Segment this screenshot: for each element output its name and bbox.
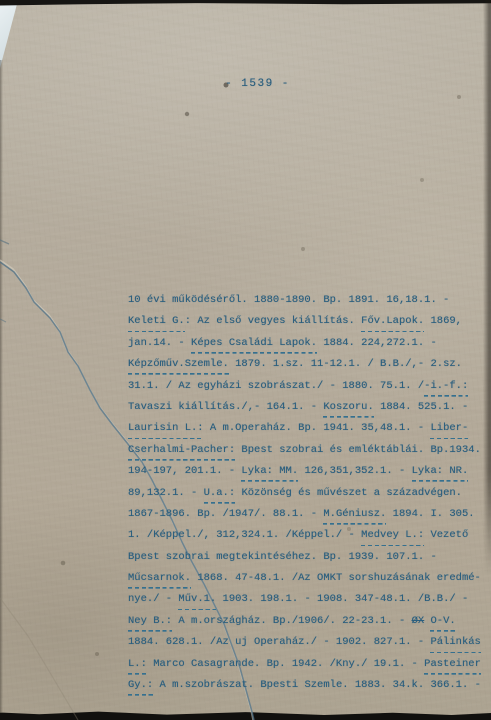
text-line: Bpest szobrai megtekintéséhez. Bp. 1939.… bbox=[128, 547, 488, 568]
text-segment: 1884. 525.1. - bbox=[374, 401, 469, 413]
text-line: Műcsarnok. 1868. 47-48.1. /Az OMKT sorsh… bbox=[128, 568, 488, 589]
text-line: Keleti G.: Az első vegyes kiállítás. Főv… bbox=[128, 311, 488, 332]
struck-segment: ØX bbox=[412, 615, 425, 627]
text-segment: 1. /Képpel./, 312,324.1. /Képpel./ - bbox=[128, 529, 361, 541]
underlined-segment: Pálinkás bbox=[430, 636, 480, 653]
underlined-segment: -i.-f.: bbox=[424, 380, 468, 397]
text-line: 194-197, 201.1. - Lyka: MM. 126,351,352.… bbox=[128, 461, 488, 482]
text-line: 89,132.1. - U.a.: Közönség és művészet a… bbox=[128, 483, 488, 504]
underlined-segment: Medvey L.: bbox=[361, 529, 424, 546]
text-segment: A m.Operaház. Bp. 1941. 35,48.1. - bbox=[204, 422, 431, 434]
underlined-segment: O-V. bbox=[430, 615, 455, 632]
scanner-background-wedge bbox=[0, 4, 17, 68]
text-segment: Közönség és művészet a századvégen. bbox=[235, 487, 462, 499]
text-segment: 194-197, 201.1. - bbox=[128, 465, 241, 477]
text-segment: A m.országház. Bp./1906/. 22-23.1. - bbox=[172, 615, 411, 627]
text-segment: 1868. 47-48.1. /Az OMKT sorshuzásának er… bbox=[191, 572, 481, 584]
text-segment: : Az első vegyes kiállítás. bbox=[185, 315, 361, 327]
text-line: L.: Marco Casagrande. Bp. 1942. /Kny./ 1… bbox=[128, 654, 488, 675]
underlined-segment: Cserhalmi-Pacher: bbox=[128, 444, 235, 461]
underlined-segment: Koszoru. bbox=[323, 401, 373, 418]
text-line: Cserhalmi-Pacher: Bpest szobrai és emlék… bbox=[128, 440, 488, 461]
text-segment: Tavaszi kiállítás./,- 164.1. - bbox=[128, 401, 323, 413]
text-line: 10 évi működéséről. 1880-1890. Bp. 1891.… bbox=[128, 290, 488, 311]
text-line: Gy.: A m.szobrászat. Bpesti Szemle. 1883… bbox=[128, 675, 488, 696]
text-segment: jan.14. - bbox=[128, 337, 191, 349]
dirt-specks bbox=[0, 0, 2, 2]
underlined-segment: Képes Családi Lapok. bbox=[191, 337, 317, 354]
text-line: Képzőműv.Szemle. 1879. 1.sz. 11-12.1. / … bbox=[128, 354, 488, 375]
text-line: jan.14. - Képes Családi Lapok. 1884. 224… bbox=[128, 333, 488, 354]
underlined-segment: L.: bbox=[128, 658, 147, 675]
text-segment: 1869, bbox=[424, 315, 462, 327]
page-number: - 1539 - bbox=[12, 78, 491, 90]
scanned-page: - 1539 - 10 évi működéséről. 1880-1890. … bbox=[0, 0, 491, 720]
text-segment: Marco Casagrande. Bp. 1942. /Kny./ 19.1.… bbox=[147, 658, 424, 670]
underlined-segment: Képzőműv.Szemle. bbox=[128, 358, 229, 375]
text-line: Ney B.: A m.országház. Bp./1906/. 22-23.… bbox=[128, 611, 488, 632]
underlined-segment: Műcsarnok. bbox=[128, 572, 191, 589]
typewritten-text-block: 10 évi működéséről. 1880-1890. Bp. 1891.… bbox=[128, 290, 488, 696]
text-line: Tavaszi kiállítás./,- 164.1. - Koszoru. … bbox=[128, 397, 488, 418]
text-line: 1. /Képpel./, 312,324.1. /Képpel./ - Med… bbox=[128, 525, 488, 546]
text-segment: 1884. 224,272.1. - bbox=[317, 337, 437, 349]
underlined-segment: Lyka: MM. bbox=[241, 465, 298, 482]
underlined-segment: Lyka: NR. bbox=[412, 465, 469, 482]
text-segment: nye./ - bbox=[128, 593, 178, 605]
text-segment: 126,351,352.1. - bbox=[298, 465, 411, 477]
text-segment: Bpest szobrai megtekintéséhez. Bp. 1939.… bbox=[128, 551, 437, 563]
underlined-segment: Liber- bbox=[430, 422, 468, 439]
underlined-segment: U.a.: bbox=[204, 487, 236, 504]
text-segment: 1867-1896. Bp. /1947/. 88.1. - bbox=[128, 508, 323, 520]
text-segment: 10 évi működéséről. 1880-1890. Bp. 1891.… bbox=[128, 294, 449, 306]
scan-border-bottom bbox=[0, 708, 491, 720]
text-segment: Vezető bbox=[424, 529, 468, 541]
text-segment: A m.szobrászat. Bpesti Szemle. 1883. 34.… bbox=[153, 679, 481, 691]
text-line: 1884. 628.1. /Az uj Operaház./ - 1902. 8… bbox=[128, 632, 488, 653]
text-segment: 1894. I. 305. bbox=[386, 508, 474, 520]
text-line: 31.1. / Az egyházi szobrászat./ - 1880. … bbox=[128, 376, 488, 397]
underlined-segment: Ney B.: bbox=[128, 615, 172, 632]
text-segment: Bpest szobrai és emléktáblái. Bp.1934. bbox=[235, 444, 481, 456]
underlined-segment: Gy.: bbox=[128, 679, 153, 696]
text-segment: 1884. 628.1. /Az uj Operaház./ - 1902. 8… bbox=[128, 636, 430, 648]
scan-border-top bbox=[0, 0, 491, 6]
text-segment: 89,132.1. - bbox=[128, 487, 204, 499]
fold-crease-line bbox=[0, 598, 78, 720]
underlined-segment: Műv.1. bbox=[178, 593, 216, 610]
underlined-segment: M.Géniusz. bbox=[323, 508, 386, 525]
text-line: Laurisin L.: A m.Operaház. Bp. 1941. 35,… bbox=[128, 418, 488, 439]
text-segment: 1879. 1.sz. 11-12.1. / B.B./,- 2.sz. bbox=[229, 358, 462, 370]
underlined-segment: Pasteiner bbox=[424, 658, 481, 675]
text-segment: 31.1. / Az egyházi szobrászat./ - 1880. … bbox=[128, 380, 424, 392]
underlined-segment: Keleti G. bbox=[128, 315, 185, 332]
scan-border-left bbox=[0, 60, 3, 712]
text-segment: 1903. 198.1. - 1908. 347-48.1. /B.B./ - bbox=[216, 593, 468, 605]
text-line: nye./ - Műv.1. 1903. 198.1. - 1908. 347-… bbox=[128, 589, 488, 610]
underlined-segment: Laurisin L.: bbox=[128, 422, 204, 439]
underlined-segment: Főv.Lapok. bbox=[361, 315, 424, 332]
text-line: 1867-1896. Bp. /1947/. 88.1. - M.Géniusz… bbox=[128, 504, 488, 525]
